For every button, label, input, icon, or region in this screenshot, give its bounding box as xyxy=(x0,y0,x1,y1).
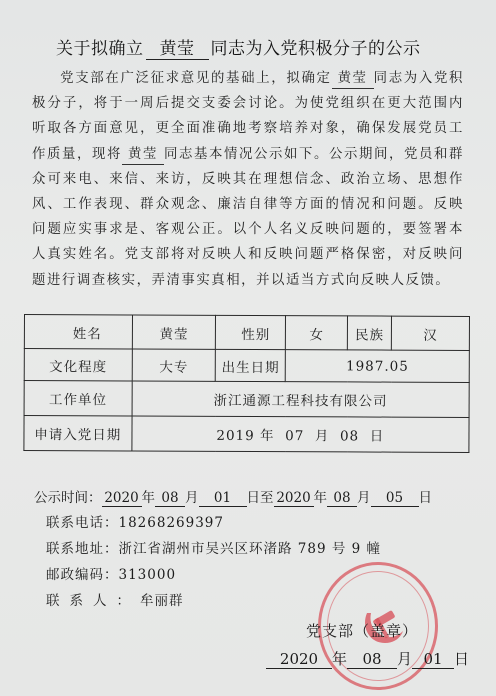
apply-date-value: 2019 年 07 月 08 日 xyxy=(132,416,469,452)
address-value: 浙江省湖州市吴兴区环渚路 789 号 9 幢 xyxy=(119,541,382,557)
body-part3: 同志基本情况公示如下。公示期间，党员和群众可来电、来信、来访，反映其在理想信念、… xyxy=(32,147,464,288)
address-label: 联系地址： xyxy=(46,541,119,557)
education-label: 文化程度 xyxy=(24,349,132,381)
publicity-end-month: 08 xyxy=(327,490,357,507)
contact-phone-row: 联系电话：18268269397 xyxy=(46,510,381,536)
publicity-end-day: 05 xyxy=(371,490,419,507)
phone-label: 联系电话： xyxy=(46,515,119,531)
table-row: 文化程度 大专 出生日期 1987.05 xyxy=(24,349,469,383)
body-part1: 党支部在广泛征求意见的基础上，拟确定 xyxy=(60,71,332,86)
year-char: 年 xyxy=(314,490,328,506)
publicity-start-day: 01 xyxy=(199,490,247,507)
person-label: 联系人： xyxy=(46,593,140,609)
publicity-to: 日至 xyxy=(247,490,274,506)
phone-value: 18268269397 xyxy=(119,515,224,531)
page-title: 关于拟确立黄莹同志为入党积极分子的公示 xyxy=(56,34,456,60)
ethnicity-label: 民族 xyxy=(348,316,392,350)
contact-postcode-row: 邮政编码：313000 xyxy=(46,562,381,588)
apply-date-label: 申请入党日期 xyxy=(24,416,132,451)
birthdate-value: 1987.05 xyxy=(286,350,470,383)
year-char: 年 xyxy=(332,650,347,668)
candidate-info-table: 姓名 黄莹 性别 女 民族 汉 文化程度 大专 出生日期 1987.05 工作单… xyxy=(23,314,470,453)
name-value: 黄莹 xyxy=(132,315,216,349)
education-value: 大专 xyxy=(132,349,216,381)
title-suffix: 同志为入党积极分子的公示 xyxy=(211,39,421,59)
table-row: 工作单位 浙江通源工程科技有限公司 xyxy=(24,381,469,418)
contact-address-row: 联系地址：浙江省湖州市吴兴区环渚路 789 号 9 幢 xyxy=(46,536,381,562)
notice-page: 关于拟确立黄莹同志为入党积极分子的公示 党支部在广泛征求意见的基础上，拟确定黄莹… xyxy=(0,0,496,696)
workplace-label: 工作单位 xyxy=(24,381,132,416)
publicity-label: 公示时间： xyxy=(34,490,102,506)
publicity-period: 公示时间：2020年08月01日至2020年08月05日 xyxy=(34,486,432,507)
table-row: 姓名 黄莹 性别 女 民族 汉 xyxy=(24,315,469,351)
signature-month: 08 xyxy=(347,651,397,669)
year-char: 年 xyxy=(142,490,156,506)
signature-date: 2020年08月01日 xyxy=(266,648,469,669)
gender-value: 女 xyxy=(286,316,348,350)
postcode-label: 邮政编码： xyxy=(46,567,119,583)
signature-year: 2020 xyxy=(266,651,332,669)
party-branch-signature: 党支部（盖章） xyxy=(306,620,418,641)
workplace-value: 浙江通源工程科技有限公司 xyxy=(132,381,469,417)
publicity-start-month: 08 xyxy=(155,490,185,507)
person-value: 牟丽群 xyxy=(140,593,184,609)
table-row: 申请入党日期 2019 年 07 月 08 日 xyxy=(24,416,469,453)
month-char: 月 xyxy=(397,650,412,668)
notice-body: 党支部在广泛征求意见的基础上，拟确定黄莹同志为入党积极分子，将于一周后提交支委会… xyxy=(32,66,464,293)
month-char: 月 xyxy=(185,490,199,506)
gender-label: 性别 xyxy=(216,315,286,349)
title-candidate-name: 黄莹 xyxy=(146,34,209,60)
publicity-start-year: 2020 xyxy=(102,490,142,507)
day-char: 日 xyxy=(454,650,469,668)
body-candidate-name-1: 黄莹 xyxy=(332,70,374,89)
postcode-value: 313000 xyxy=(119,567,177,583)
birthdate-label: 出生日期 xyxy=(216,349,286,381)
signature-day: 01 xyxy=(412,651,454,669)
day-char: 日 xyxy=(419,490,433,506)
publicity-end-year: 2020 xyxy=(274,490,314,507)
body-candidate-name-2: 黄莹 xyxy=(122,146,164,165)
name-label: 姓名 xyxy=(24,315,132,349)
ethnicity-value: 汉 xyxy=(391,316,469,350)
month-char: 月 xyxy=(357,490,371,506)
title-prefix: 关于拟确立 xyxy=(56,39,144,59)
